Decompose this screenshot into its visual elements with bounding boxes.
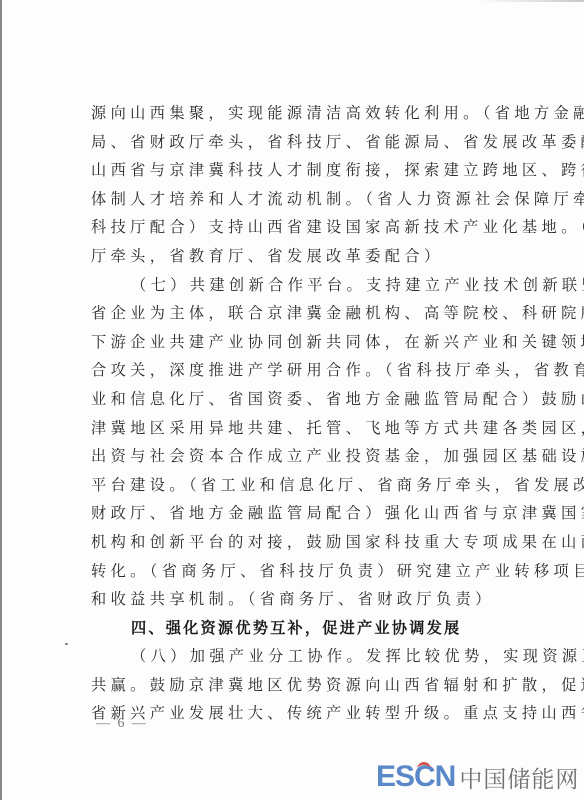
text-line: 平台建设。（省工业和信息化厅、省商务厅牵头，省发展改革委、省: [91, 471, 507, 500]
text-line: 省企业为主体，联合京津冀金融机构、高等院校、科研院所和产业上: [91, 299, 507, 328]
text-line: 转化。（省商务厅、省科技厅负责）研究建立产业转移项目投资共担: [91, 557, 507, 586]
page-left-edge: [0, 0, 2, 800]
body-text: 源向山西集聚，实现能源清洁高效转化利用。（省地方金融监管 局、省财政厅牵头，省科…: [91, 99, 507, 728]
paragraph-start-line: （七）共建创新合作平台。支持建立产业技术创新联盟，以山西: [91, 271, 507, 300]
text-line: 津冀地区采用异地共建、托管、飞地等方式共建各类园区，支持共同: [91, 414, 507, 443]
section-heading: 四、强化资源优势互补，促进产业协调发展: [91, 614, 507, 643]
text-line: 厅牵头，省教育厅、省发展改革委配合）: [91, 242, 507, 271]
text-line: 共赢。鼓励京津冀地区优势资源向山西省辐射和扩散，促进山西: [91, 671, 507, 700]
text-line: 和收益共享机制。（省商务厅、省财政厅负责）: [91, 585, 507, 614]
page-number: — 6 —: [96, 716, 148, 732]
document-page: 源向山西集聚，实现能源清洁高效转化利用。（省地方金融监管 局、省财政厅牵头，省科…: [0, 0, 584, 800]
text-line: 机构和创新平台的对接，鼓励国家科技重大专项成果在山西省转移: [91, 528, 507, 557]
logo-brand-en: ESCN: [376, 760, 455, 794]
logo-accent-icon: [417, 762, 431, 769]
watermark-logo: ESCN 中国储能网: [376, 760, 579, 794]
text-line: 科技厅配合）支持山西省建设国家高新技术产业化基地。（省科技: [91, 213, 507, 242]
text-line: 合攻关，深度推进产学研用合作。（省科技厅牵头，省教育厅、省工: [91, 356, 507, 385]
text-line: 出资与社会资本合作成立产业投资基金，加强园区基础设施和合作: [91, 442, 507, 471]
scan-speck: [65, 643, 68, 645]
text-line: 下游企业共建产业协同创新共同体，在新兴产业和关键领域开展联: [91, 328, 507, 357]
logo-brand-cn: 中国储能网: [459, 761, 579, 794]
text-line: 源向山西集聚，实现能源清洁高效转化利用。（省地方金融监管: [91, 99, 507, 128]
logo-brand-en-text: ESCN: [376, 760, 455, 793]
text-line: 省新兴产业发展壮大、传统产业转型升级。重点支持山西省发展: [91, 699, 507, 728]
text-line: 体制人才培养和人才流动机制。（省人力资源社会保障厅牵头，省: [91, 185, 507, 214]
text-line: 业和信息化厅、省国资委、省地方金融监管局配合）鼓励山西省与京: [91, 385, 507, 414]
text-line: 财政厅、省地方金融监管局配合）强化山西省与京津冀国家级科研: [91, 499, 507, 528]
text-line: 局、省财政厅牵头，省科技厅、省能源局、省发展改革委配合）加强: [91, 128, 507, 157]
paragraph-start-line: （八）加强产业分工协作。发挥比较优势，实现资源互补、互利: [91, 642, 507, 671]
page-top-edge: [474, 0, 584, 2]
text-line: 山西省与京津冀科技人才制度衔接，探索建立跨地区、跨行业、跨: [91, 156, 507, 185]
